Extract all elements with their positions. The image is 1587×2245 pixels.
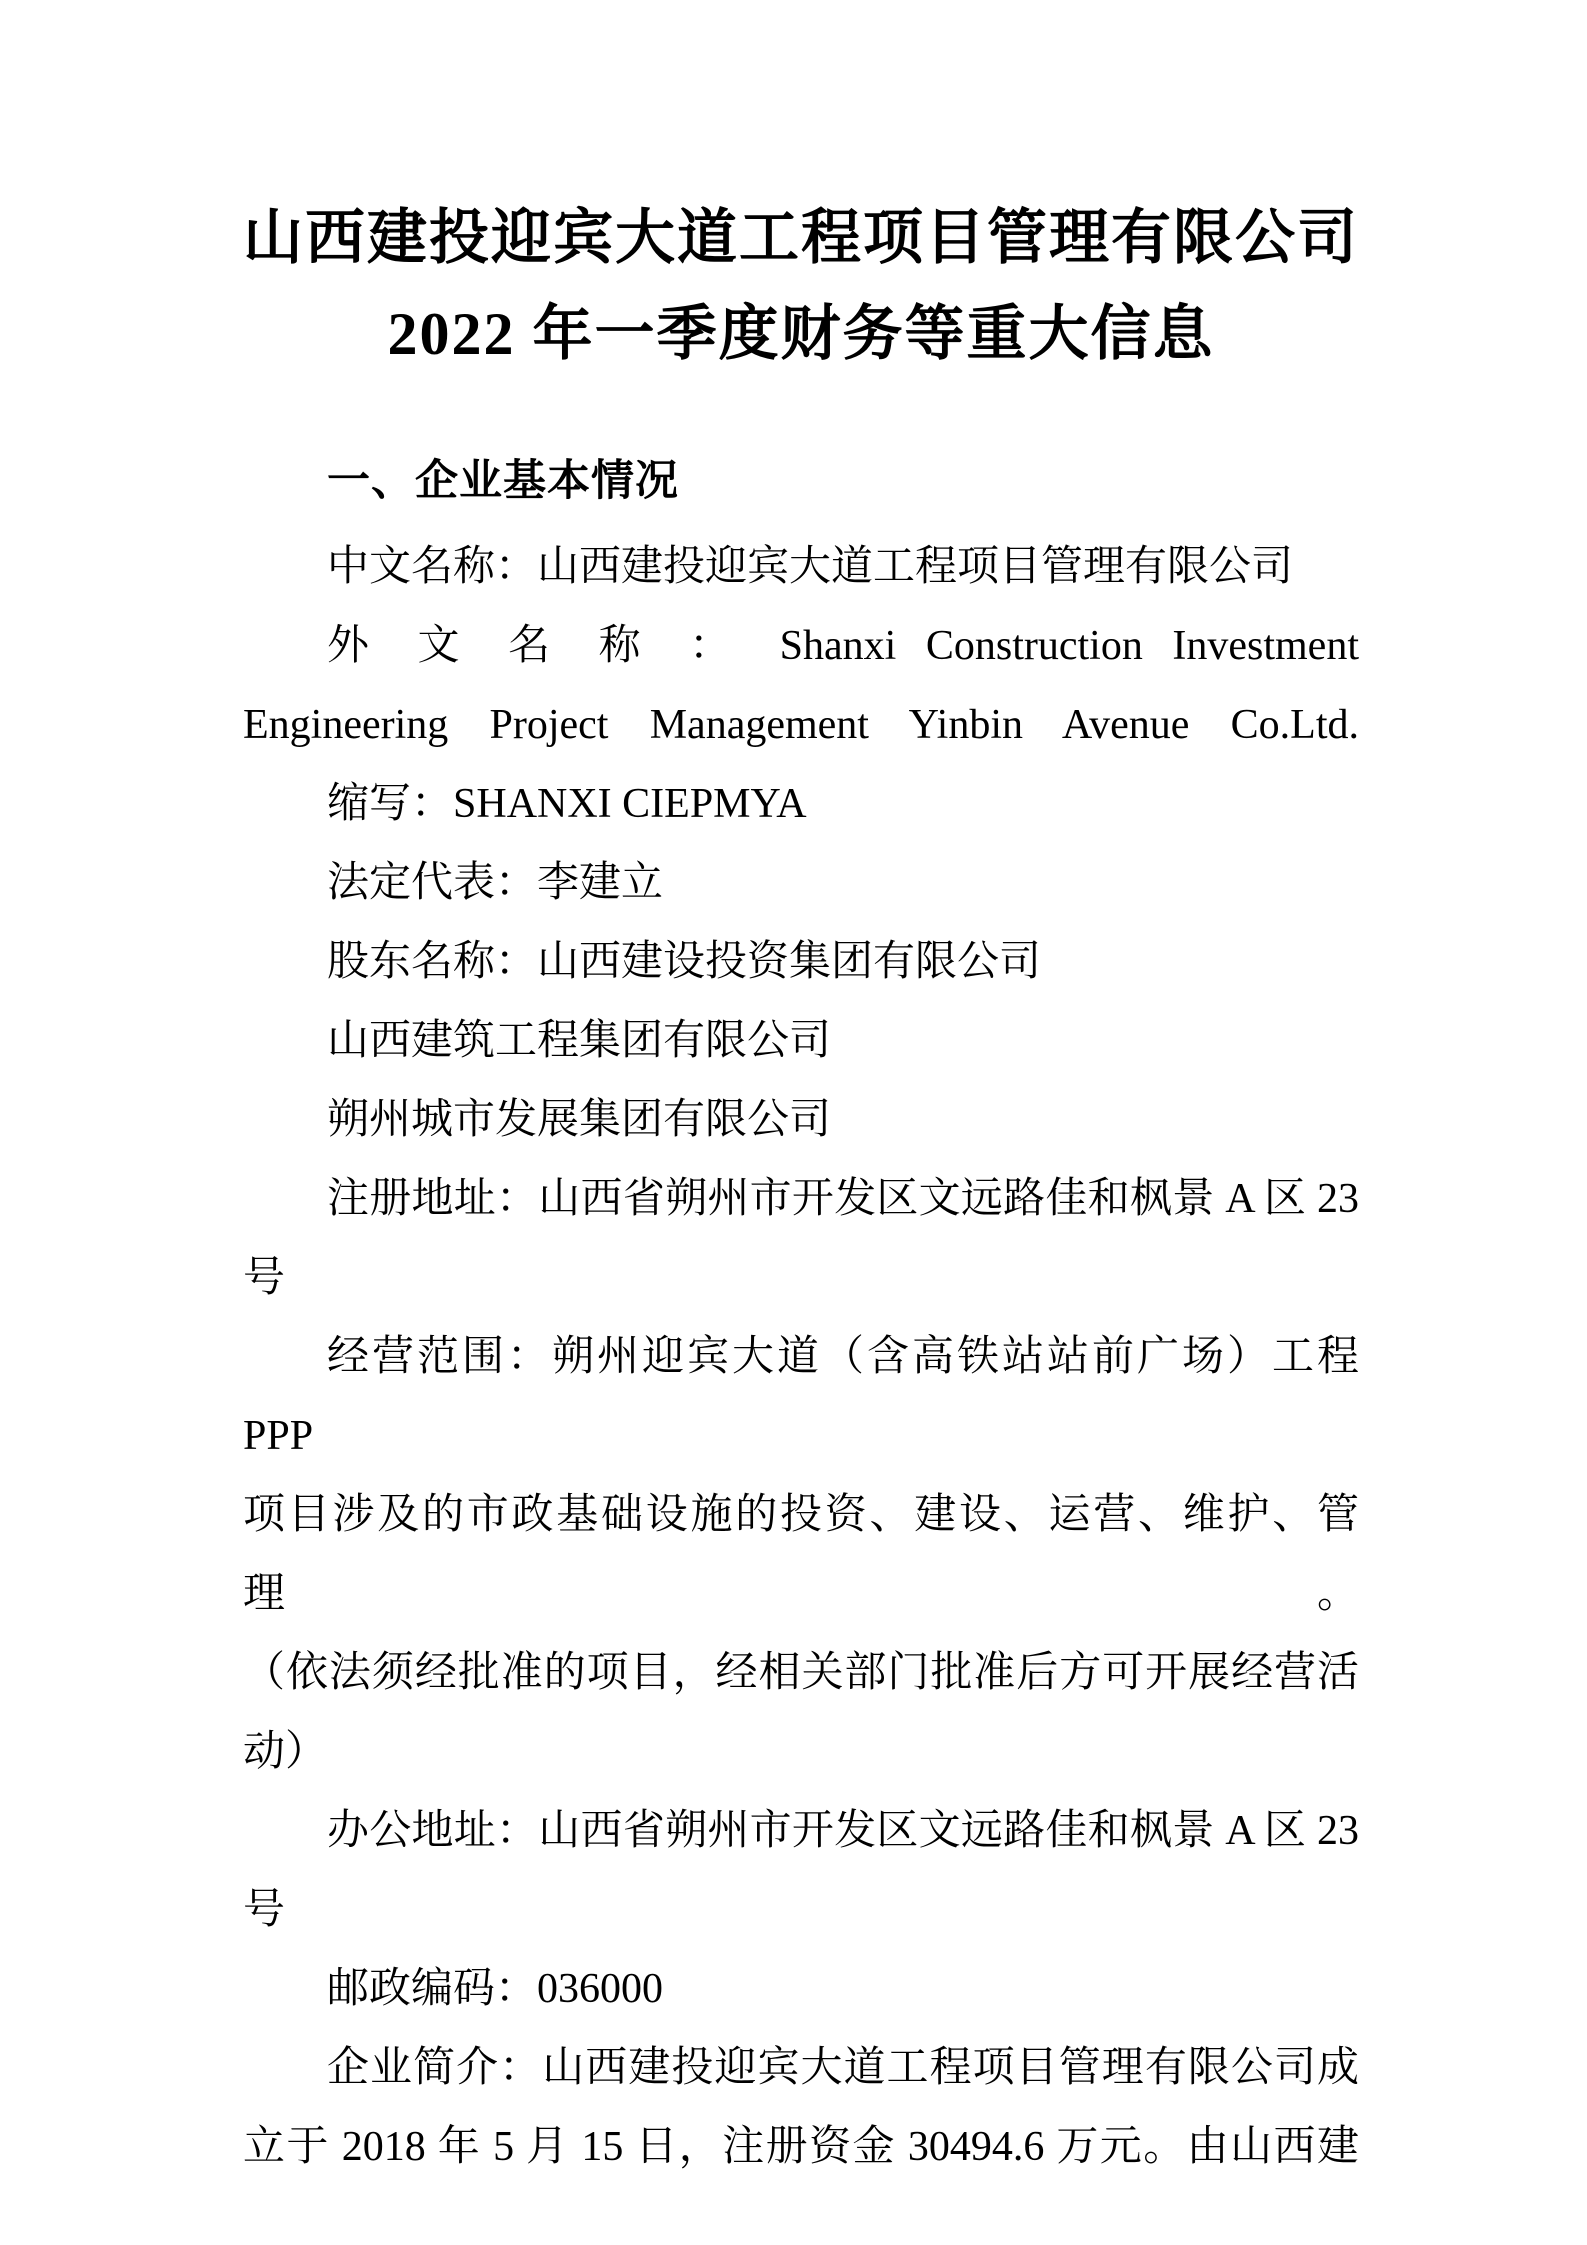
field-abbreviation: 缩写：SHANXI CIEPMYA [243, 765, 1359, 844]
field-business-scope-line-4: 动） [243, 1713, 1359, 1792]
field-registered-address-line-1: 注册地址：山西省朔州市开发区文远路佳和枫景 A 区 23 [243, 1160, 1359, 1239]
field-company-profile-line-1: 企业简介：山西建投迎宾大道工程项目管理有限公司成 [243, 2029, 1359, 2108]
field-chinese-name: 中文名称：山西建投迎宾大道工程项目管理有限公司 [243, 528, 1359, 607]
field-shareholder-name-2: 山西建筑工程集团有限公司 [243, 1002, 1359, 1081]
field-company-profile-line-2: 立于 2018 年 5 月 15 日，注册资金 30494.6 万元。由山西建 [243, 2108, 1359, 2187]
section-heading-basic-info: 一、企业基本情况 [243, 442, 1359, 520]
document-title: 山西建投迎宾大道工程项目管理有限公司 2022 年一季度财务等重大信息 [243, 190, 1359, 382]
field-registered-address-line-2: 号 [243, 1239, 1359, 1318]
field-business-scope-line-3: （依法须经批准的项目，经相关部门批准后方可开展经营活 [243, 1634, 1359, 1713]
document-title-line-1: 山西建投迎宾大道工程项目管理有限公司 [243, 190, 1359, 286]
field-legal-representative: 法定代表：李建立 [243, 844, 1359, 923]
field-shareholder-name-3: 朔州城市发展集团有限公司 [243, 1081, 1359, 1160]
field-office-address-line-1: 办公地址：山西省朔州市开发区文远路佳和枫景 A 区 23 [243, 1792, 1359, 1871]
field-foreign-name-line-1: 外 文 名 称 ： Shanxi Construction Investment [243, 607, 1359, 686]
field-foreign-name-line-2: Engineering Project Management Yinbin Av… [243, 686, 1359, 765]
field-shareholder-name-1: 股东名称：山西建设投资集团有限公司 [243, 923, 1359, 1002]
field-business-scope-line-1: 经营范围：朔州迎宾大道（含高铁站站前广场）工程 PPP [243, 1318, 1359, 1476]
field-business-scope-line-2: 项目涉及的市政基础设施的投资、建设、运营、维护、管理。 [243, 1476, 1359, 1634]
document-title-line-2: 2022 年一季度财务等重大信息 [243, 286, 1359, 382]
field-office-address-line-2: 号 [243, 1871, 1359, 1950]
document-page: 山西建投迎宾大道工程项目管理有限公司 2022 年一季度财务等重大信息 一、企业… [0, 0, 1587, 2245]
document-body: 中文名称：山西建投迎宾大道工程项目管理有限公司 外 文 名 称 ： Shanxi… [243, 528, 1359, 2187]
field-postal-code: 邮政编码：036000 [243, 1950, 1359, 2029]
